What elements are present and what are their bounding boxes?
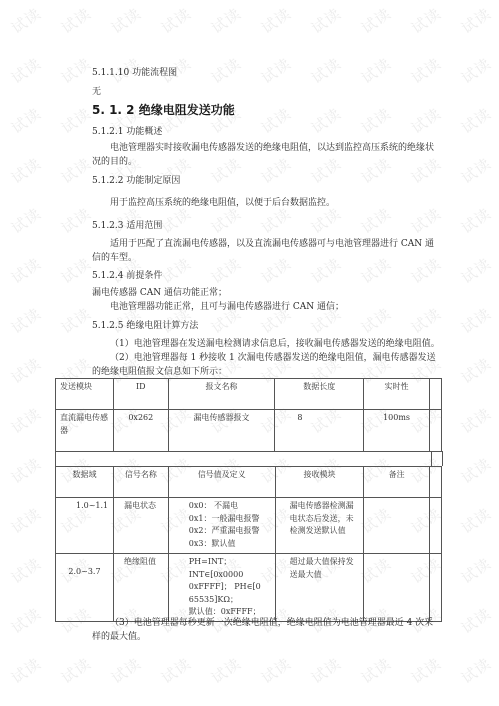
- heading-5-1-2-1: 5.1.2.1 功能概述: [92, 126, 162, 138]
- cell-note: [364, 554, 430, 622]
- cell-id: 0x262: [113, 410, 168, 452]
- cell-data-length: 8: [275, 410, 364, 452]
- section-heading-5-1-2: 5. 1. 2 绝缘电阻发送功能: [92, 101, 235, 118]
- table-header-row: 数据域 信号名称 信号值及定义 接收模块 备注: [56, 467, 442, 498]
- cell-signal-values: PH=INT； INT∈[0x0000 0xFFFF]； PH∈[0 65535…: [168, 554, 275, 622]
- header-cell: 信号名称: [113, 467, 168, 498]
- paragraph-line: 况的目的。: [92, 156, 137, 168]
- cell-field: 2.0~3.7: [56, 554, 114, 622]
- cell-sender: 直流漏电传感器: [56, 410, 114, 452]
- paragraph-line: 电池管理器功能正常，且可与漏电传感器进行 CAN 通信；: [110, 301, 344, 313]
- header-cell: 备注: [364, 467, 430, 498]
- heading-5-1-1-10: 5.1.1.10 功能流程图: [92, 67, 177, 79]
- paragraph-line: （2）电池管理器每 1 秒接收 1 次漏电传感器发送的绝缘电阻值，漏电传感器发送: [110, 352, 436, 364]
- paragraph-line: 电池管理器实时接收漏电传感器发送的绝缘电阻值，以达到监控高压系统的绝缘状: [110, 142, 434, 154]
- signal-table: 数据域 信号名称 信号值及定义 接收模块 备注 1.0~1.1 漏电状态 0x0…: [55, 466, 442, 622]
- paragraph-line: 信的车型。: [92, 252, 137, 264]
- cell-receiver: 超过最大值保持发送最大值: [275, 554, 364, 622]
- body-text: 无: [92, 86, 101, 98]
- edge-cell: [429, 554, 441, 622]
- heading-5-1-2-5: 5.1.2.5 绝缘电阻计算方法: [92, 320, 198, 332]
- heading-5-1-2-2: 5.1.2.2 功能制定原因: [92, 175, 180, 187]
- table-row: 1.0~1.1 漏电状态 0x0： 不漏电 0x1：一般漏电报警 0x2：严重漏…: [56, 498, 442, 554]
- header-cell: 信号值及定义: [168, 467, 275, 498]
- edge-cell: [429, 410, 441, 452]
- cell-signal-name: 漏电状态: [113, 498, 168, 554]
- paragraph-line: 的绝缘电阻值报文信息如下所示：: [92, 366, 227, 378]
- header-cell: 实时性: [364, 379, 430, 410]
- paragraph-line: （1）电池管理器在发送漏电检测请求信息后，接收漏电传感器发送的绝缘电阻值。: [110, 338, 440, 350]
- table-row: 2.0~3.7 绝缘阻值 PH=INT； INT∈[0x0000 0xFFFF]…: [56, 554, 442, 622]
- edge-cell: [429, 379, 441, 410]
- header-cell: 数据长度: [275, 379, 364, 410]
- edge-cell: [429, 467, 441, 498]
- paragraph-line: （3）电池管理器每秒更新一次绝缘电阻值，绝缘电阻值为电池管理器最近 4 次采: [110, 617, 433, 629]
- edge-cell: [429, 498, 441, 554]
- header-cell: 报文名称: [168, 379, 275, 410]
- cell-note: [364, 498, 430, 554]
- paragraph-line: 漏电传感器 CAN 通信功能正常；: [92, 287, 227, 299]
- paragraph-line: 用于监控高压系统的绝缘电阻值，以便于后台数据监控。: [110, 197, 335, 209]
- header-cell: 发送模块: [56, 379, 114, 410]
- cell-signal-values: 0x0： 不漏电 0x1：一般漏电报警 0x2：严重漏电报警 0x3：默认值: [168, 498, 275, 554]
- header-cell: 接收模块: [275, 467, 364, 498]
- heading-5-1-2-3: 5.1.2.3 适用范围: [92, 220, 162, 232]
- header-cell: ID: [113, 379, 168, 410]
- paragraph-line: 样的最大值。: [92, 631, 146, 643]
- table-row: 直流漏电传感器 0x262 漏电传感器报文 8 100ms: [56, 410, 442, 452]
- table-header-row: 发送模块 ID 报文名称 数据长度 实时性: [56, 379, 442, 410]
- table-gap: [55, 451, 443, 466]
- heading-5-1-2-4: 5.1.2.4 前提条件: [92, 270, 162, 282]
- paragraph-line: 适用于匹配了直流漏电传感器，以及直流漏电传感器可与电池管理器进行 CAN 通: [110, 238, 434, 250]
- document-page: 5.1.1.10 功能流程图 无 5. 1. 2 绝缘电阻发送功能 5.1.2.…: [0, 0, 499, 706]
- cell-signal-name: 绝缘阻值: [113, 554, 168, 622]
- cell-message-name: 漏电传感器报文: [168, 410, 275, 452]
- cell-realtime: 100ms: [364, 410, 430, 452]
- cell-receiver: 漏电传感器检测漏电状态后发送，未检测发送默认值: [275, 498, 364, 554]
- message-table: 发送模块 ID 报文名称 数据长度 实时性 直流漏电传感器 0x262 漏电传感…: [55, 378, 442, 452]
- cell-field: 1.0~1.1: [56, 498, 114, 554]
- header-cell: 数据域: [56, 467, 114, 498]
